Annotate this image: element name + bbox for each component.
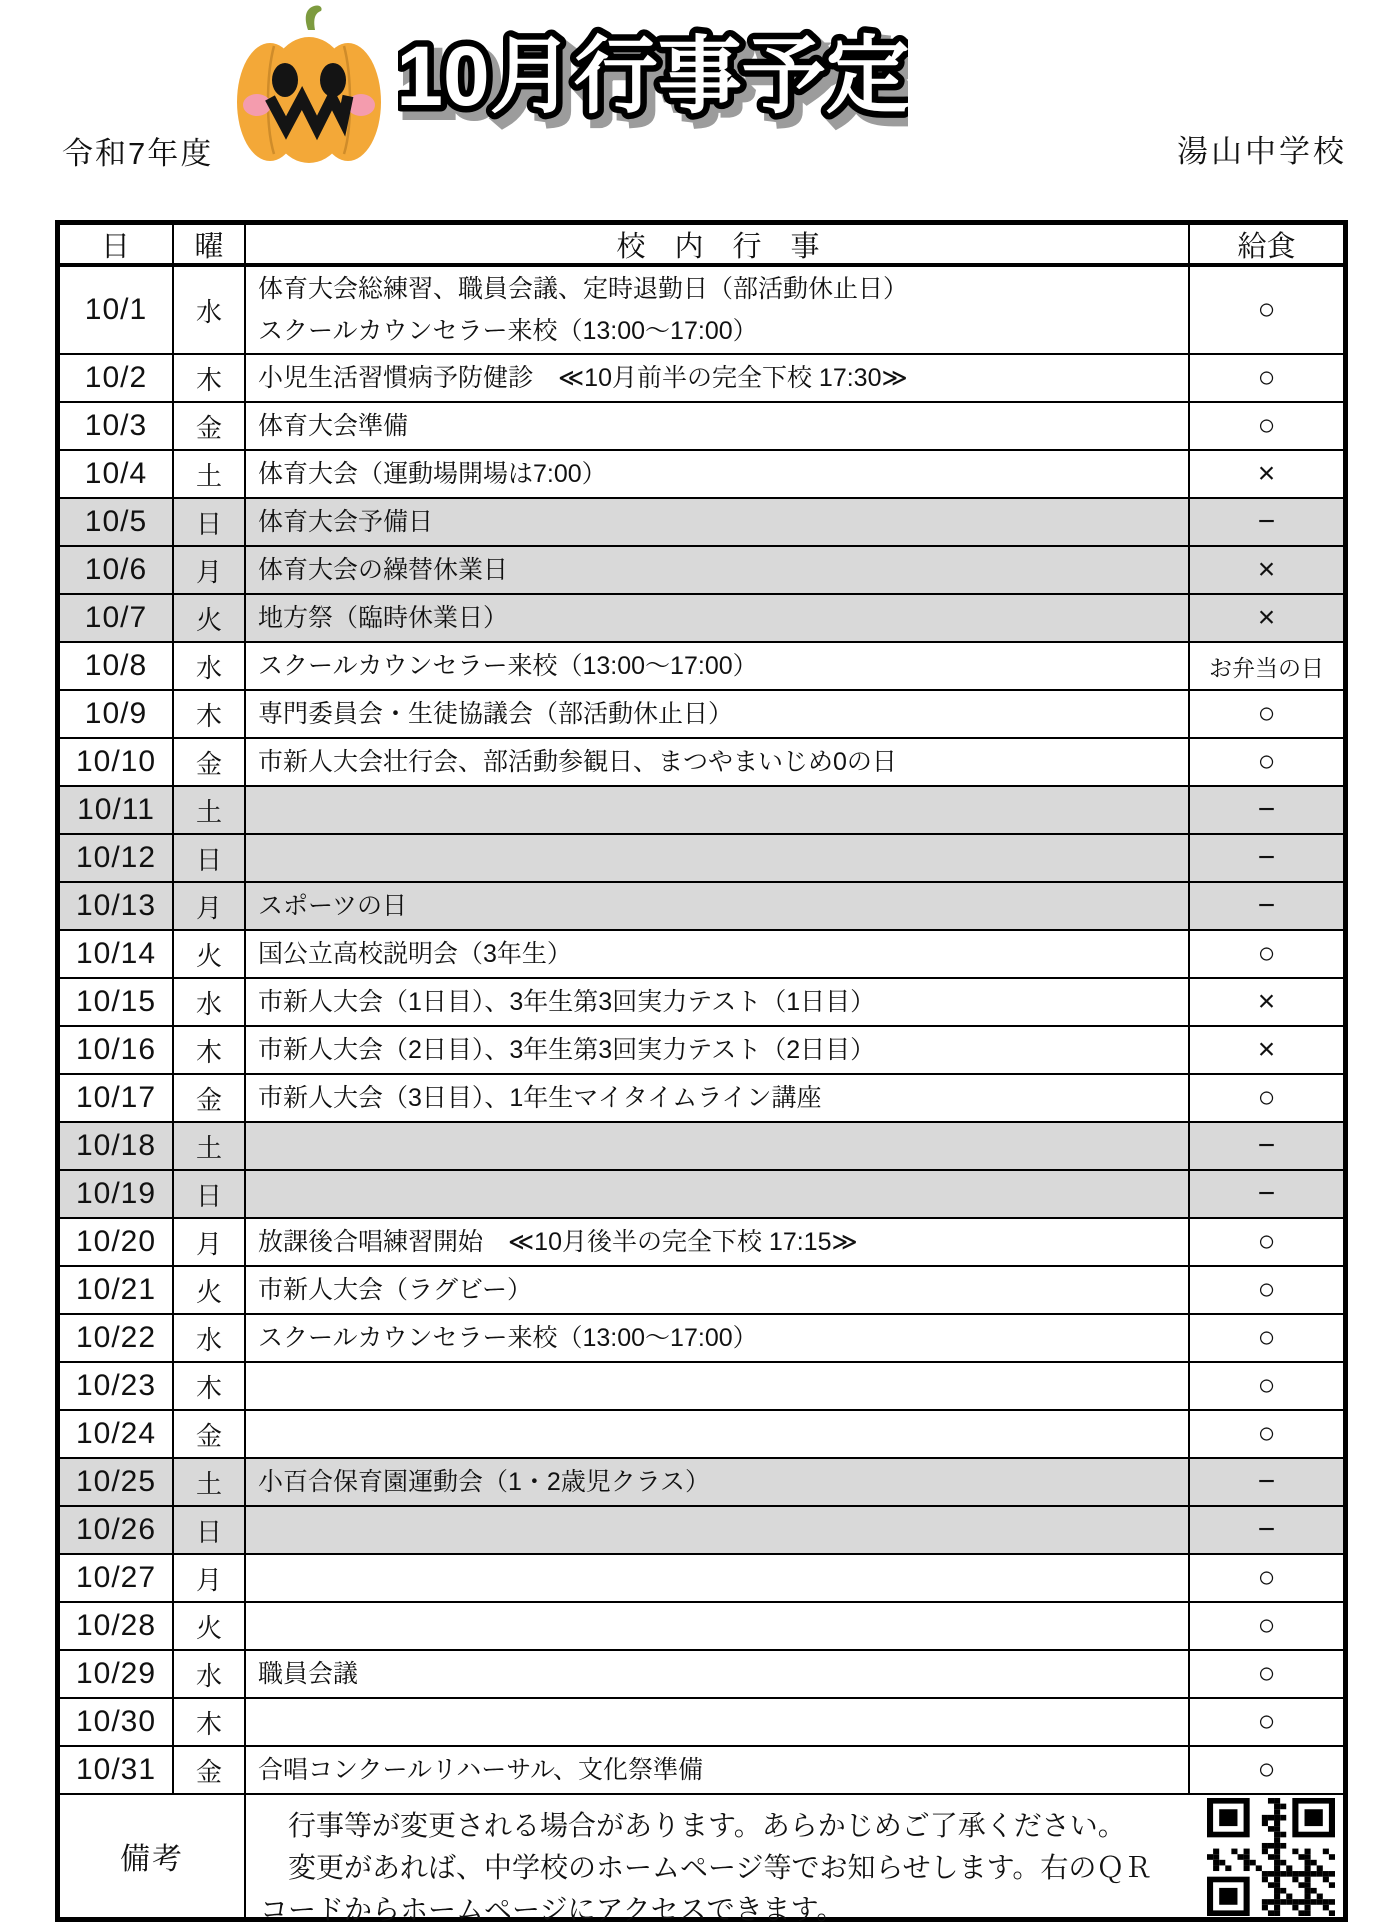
date-cell: 10/13	[60, 883, 174, 929]
events-cell	[246, 1171, 1190, 1217]
events-cell: 市新人大会（2日目）、3年生第3回実力テスト（2日目）	[246, 1027, 1190, 1073]
schedule-table: 日 曜 校 内 行 事 給食 10/1水体育大会総練習、職員会議、定時退勤日（部…	[55, 220, 1348, 1922]
table-row: 10/27月○	[60, 1555, 1343, 1603]
event-text: 職員会議	[258, 1659, 358, 1689]
lunch-cell: お弁当の日	[1190, 643, 1343, 689]
day-cell: 火	[174, 1603, 246, 1649]
date-cell: 10/15	[60, 979, 174, 1025]
date-cell: 10/24	[60, 1411, 174, 1457]
table-row: 10/2木小児生活習慣病予防健診 ≪10月前半の完全下校 17:30≫○	[60, 355, 1343, 403]
events-cell: 国公立高校説明会（3年生）	[246, 931, 1190, 977]
lunch-cell: ○	[1190, 1651, 1343, 1697]
day-cell: 月	[174, 883, 246, 929]
date-cell: 10/21	[60, 1267, 174, 1313]
events-cell: 地方祭（臨時休業日）	[246, 595, 1190, 641]
event-text: 市新人大会（3日目）、1年生マイタイムライン講座	[258, 1083, 822, 1113]
date-cell: 10/17	[60, 1075, 174, 1121]
table-row: 10/24金○	[60, 1411, 1343, 1459]
event-text: 国公立高校説明会（3年生）	[258, 939, 572, 969]
date-cell: 10/16	[60, 1027, 174, 1073]
day-cell: 金	[174, 403, 246, 449]
day-cell: 金	[174, 739, 246, 785]
events-cell	[246, 1507, 1190, 1553]
table-row: 10/3金体育大会準備○	[60, 403, 1343, 451]
events-cell: 体育大会の繰替休業日	[246, 547, 1190, 593]
table-row: 10/28火○	[60, 1603, 1343, 1651]
table-header-row: 日 曜 校 内 行 事 給食	[60, 225, 1343, 267]
date-cell: 10/7	[60, 595, 174, 641]
table-row: 10/7火地方祭（臨時休業日）×	[60, 595, 1343, 643]
events-cell: 市新人大会（1日目）、3年生第3回実力テスト（1日目）	[246, 979, 1190, 1025]
event-text: スポーツの日	[258, 891, 407, 921]
lunch-cell: ×	[1190, 979, 1343, 1025]
remarks-line: 変更があれば、中学校のホームページ等でお知らせします。右のＱＲ	[260, 1847, 1183, 1889]
lunch-cell: ○	[1190, 403, 1343, 449]
table-row: 10/29水職員会議○	[60, 1651, 1343, 1699]
page-title-text: 10月行事予定	[398, 29, 908, 123]
header-events: 校 内 行 事	[246, 225, 1190, 263]
remarks-label: 備考	[60, 1795, 246, 1917]
table-row: 10/1水体育大会総練習、職員会議、定時退勤日（部活動休止日）スクールカウンセラ…	[60, 267, 1343, 355]
table-row: 10/6月体育大会の繰替休業日×	[60, 547, 1343, 595]
lunch-cell: ○	[1190, 1315, 1343, 1361]
lunch-cell: ○	[1190, 267, 1343, 353]
table-row: 10/4土体育大会（運動場開場は7:00）×	[60, 451, 1343, 499]
events-cell: 体育大会予備日	[246, 499, 1190, 545]
table-row: 10/5日体育大会予備日−	[60, 499, 1343, 547]
date-cell: 10/27	[60, 1555, 174, 1601]
lunch-cell: −	[1190, 787, 1343, 833]
header-date: 日	[60, 225, 174, 263]
date-cell: 10/2	[60, 355, 174, 401]
day-cell: 水	[174, 979, 246, 1025]
day-cell: 木	[174, 355, 246, 401]
table-row: 10/20月放課後合唱練習開始 ≪10月後半の完全下校 17:15≫○	[60, 1219, 1343, 1267]
remarks-row: 備考 行事等が変更される場合があります。あらかじめご了承ください。 変更があれば…	[60, 1795, 1343, 1917]
date-cell: 10/14	[60, 931, 174, 977]
date-cell: 10/1	[60, 267, 174, 353]
event-text: 体育大会準備	[258, 411, 408, 441]
day-cell: 月	[174, 1219, 246, 1265]
date-cell: 10/11	[60, 787, 174, 833]
events-cell: 市新人大会（3日目）、1年生マイタイムライン講座	[246, 1075, 1190, 1121]
events-cell	[246, 1603, 1190, 1649]
day-cell: 金	[174, 1411, 246, 1457]
lunch-cell: −	[1190, 1507, 1343, 1553]
lunch-cell: ○	[1190, 1699, 1343, 1745]
table-row: 10/22水スクールカウンセラー来校（13:00～17:00）○	[60, 1315, 1343, 1363]
events-cell: 体育大会総練習、職員会議、定時退勤日（部活動休止日）スクールカウンセラー来校（1…	[246, 267, 1190, 353]
table-row: 10/10金市新人大会壮行会、部活動参観日、まつやまいじめ0の日○	[60, 739, 1343, 787]
day-cell: 土	[174, 1459, 246, 1505]
lunch-cell: ○	[1190, 1603, 1343, 1649]
date-cell: 10/31	[60, 1747, 174, 1793]
lunch-cell: ○	[1190, 1363, 1343, 1409]
date-cell: 10/26	[60, 1507, 174, 1553]
event-text: 市新人大会壮行会、部活動参観日、まつやまいじめ0の日	[258, 747, 897, 777]
table-row: 10/9木専門委員会・生徒協議会（部活動休止日）○	[60, 691, 1343, 739]
event-text: 体育大会の繰替休業日	[258, 555, 508, 585]
day-cell: 火	[174, 595, 246, 641]
table-row: 10/12日−	[60, 835, 1343, 883]
events-cell	[246, 1123, 1190, 1169]
event-text: 小児生活習慣病予防健診 ≪10月前半の完全下校 17:30≫	[258, 363, 908, 393]
date-cell: 10/3	[60, 403, 174, 449]
events-cell: スクールカウンセラー来校（13:00～17:00）	[246, 1315, 1190, 1361]
date-cell: 10/29	[60, 1651, 174, 1697]
events-cell	[246, 787, 1190, 833]
table-row: 10/15水市新人大会（1日目）、3年生第3回実力テスト（1日目）×	[60, 979, 1343, 1027]
lunch-cell: ×	[1190, 595, 1343, 641]
events-cell	[246, 835, 1190, 881]
lunch-cell: ○	[1190, 1411, 1343, 1457]
remarks-line: 行事等が変更される場合があります。あらかじめご了承ください。	[260, 1805, 1183, 1847]
lunch-cell: ×	[1190, 451, 1343, 497]
event-text: 専門委員会・生徒協議会（部活動休止日）	[258, 699, 733, 729]
event-text: 合唱コンクールリハーサル、文化祭準備	[258, 1755, 703, 1785]
lunch-cell: −	[1190, 1123, 1343, 1169]
lunch-cell: −	[1190, 883, 1343, 929]
date-cell: 10/8	[60, 643, 174, 689]
day-cell: 水	[174, 1651, 246, 1697]
lunch-cell: ○	[1190, 1555, 1343, 1601]
day-cell: 火	[174, 931, 246, 977]
events-cell: 市新人大会壮行会、部活動参観日、まつやまいじめ0の日	[246, 739, 1190, 785]
day-cell: 水	[174, 267, 246, 353]
day-cell: 土	[174, 451, 246, 497]
events-cell: 専門委員会・生徒協議会（部活動休止日）	[246, 691, 1190, 737]
date-cell: 10/4	[60, 451, 174, 497]
events-cell: スポーツの日	[246, 883, 1190, 929]
date-cell: 10/22	[60, 1315, 174, 1361]
header-day: 曜	[174, 225, 246, 263]
event-text: 体育大会予備日	[258, 507, 433, 537]
event-text: スクールカウンセラー来校（13:00～17:00）	[258, 1323, 758, 1353]
lunch-cell: −	[1190, 1171, 1343, 1217]
day-cell: 日	[174, 835, 246, 881]
table-row: 10/21火市新人大会（ラグビー）○	[60, 1267, 1343, 1315]
day-cell: 月	[174, 1555, 246, 1601]
day-cell: 水	[174, 1315, 246, 1361]
events-cell	[246, 1363, 1190, 1409]
day-cell: 水	[174, 643, 246, 689]
lunch-cell: ○	[1190, 355, 1343, 401]
day-cell: 木	[174, 1027, 246, 1073]
events-cell: 市新人大会（ラグビー）	[246, 1267, 1190, 1313]
table-row: 10/18土−	[60, 1123, 1343, 1171]
lunch-cell: ○	[1190, 739, 1343, 785]
lunch-cell: ○	[1190, 691, 1343, 737]
lunch-cell: ×	[1190, 1027, 1343, 1073]
day-cell: 日	[174, 1171, 246, 1217]
events-cell: 体育大会準備	[246, 403, 1190, 449]
date-cell: 10/5	[60, 499, 174, 545]
day-cell: 日	[174, 1507, 246, 1553]
date-cell: 10/9	[60, 691, 174, 737]
date-cell: 10/25	[60, 1459, 174, 1505]
day-cell: 木	[174, 691, 246, 737]
lunch-cell: ○	[1190, 1267, 1343, 1313]
date-cell: 10/20	[60, 1219, 174, 1265]
lunch-cell: ○	[1190, 1219, 1343, 1265]
day-cell: 金	[174, 1747, 246, 1793]
table-row: 10/23木○	[60, 1363, 1343, 1411]
table-row: 10/13月スポーツの日−	[60, 883, 1343, 931]
lunch-cell: −	[1190, 499, 1343, 545]
qr-code	[1207, 1798, 1335, 1928]
day-cell: 木	[174, 1363, 246, 1409]
table-row: 10/19日−	[60, 1171, 1343, 1219]
date-cell: 10/10	[60, 739, 174, 785]
table-row: 10/25土小百合保育園運動会（1・2歳児クラス）−	[60, 1459, 1343, 1507]
events-cell: スクールカウンセラー来校（13:00～17:00）	[246, 643, 1190, 689]
events-cell	[246, 1699, 1190, 1745]
event-text: スクールカウンセラー来校（13:00～17:00）	[258, 316, 758, 346]
event-text: 市新人大会（2日目）、3年生第3回実力テスト（2日目）	[258, 1035, 875, 1065]
header-lunch: 給食	[1190, 225, 1343, 263]
events-cell: 小百合保育園運動会（1・2歳児クラス）	[246, 1459, 1190, 1505]
fiscal-year-label: 令和7年度	[62, 128, 213, 173]
lunch-cell: ○	[1190, 1747, 1343, 1793]
table-row: 10/11土−	[60, 787, 1343, 835]
lunch-cell: −	[1190, 835, 1343, 881]
date-cell: 10/6	[60, 547, 174, 593]
day-cell: 金	[174, 1075, 246, 1121]
table-row: 10/31金合唱コンクールリハーサル、文化祭準備○	[60, 1747, 1343, 1795]
day-cell: 土	[174, 1123, 246, 1169]
pumpkin-icon	[220, 4, 398, 173]
lunch-cell: ○	[1190, 931, 1343, 977]
events-cell: 放課後合唱練習開始 ≪10月後半の完全下校 17:15≫	[246, 1219, 1190, 1265]
school-name-label: 湯山中学校	[1177, 126, 1347, 171]
date-cell: 10/30	[60, 1699, 174, 1745]
remarks-line: コードからホームページにアクセスできます。	[260, 1889, 1183, 1929]
event-text: スクールカウンセラー来校（13:00～17:00）	[258, 651, 758, 681]
day-cell: 土	[174, 787, 246, 833]
day-cell: 木	[174, 1699, 246, 1745]
table-row: 10/8水スクールカウンセラー来校（13:00～17:00）お弁当の日	[60, 643, 1343, 691]
lunch-cell: ○	[1190, 1075, 1343, 1121]
events-cell	[246, 1411, 1190, 1457]
event-text: 体育大会（運動場開場は7:00）	[258, 459, 607, 489]
events-cell: 合唱コンクールリハーサル、文化祭準備	[246, 1747, 1190, 1793]
date-cell: 10/18	[60, 1123, 174, 1169]
date-cell: 10/19	[60, 1171, 174, 1217]
events-cell: 体育大会（運動場開場は7:00）	[246, 451, 1190, 497]
page-title: 10月行事予定 10月行事予定	[398, 14, 908, 159]
lunch-cell: −	[1190, 1459, 1343, 1505]
remarks-text: 行事等が変更される場合があります。あらかじめご了承ください。 変更があれば、中学…	[246, 1795, 1343, 1917]
table-row: 10/26日−	[60, 1507, 1343, 1555]
table-row: 10/14火国公立高校説明会（3年生）○	[60, 931, 1343, 979]
event-text: 体育大会総練習、職員会議、定時退勤日（部活動休止日）	[258, 274, 908, 304]
event-text: 市新人大会（ラグビー）	[258, 1275, 532, 1305]
event-text: 小百合保育園運動会（1・2歳児クラス）	[258, 1467, 710, 1497]
date-cell: 10/28	[60, 1603, 174, 1649]
lunch-cell: ×	[1190, 547, 1343, 593]
events-cell: 小児生活習慣病予防健診 ≪10月前半の完全下校 17:30≫	[246, 355, 1190, 401]
day-cell: 火	[174, 1267, 246, 1313]
day-cell: 日	[174, 499, 246, 545]
date-cell: 10/12	[60, 835, 174, 881]
event-text: 市新人大会（1日目）、3年生第3回実力テスト（1日目）	[258, 987, 875, 1017]
schedule-body: 10/1水体育大会総練習、職員会議、定時退勤日（部活動休止日）スクールカウンセラ…	[60, 267, 1343, 1795]
table-row: 10/30木○	[60, 1699, 1343, 1747]
day-cell: 月	[174, 547, 246, 593]
date-cell: 10/23	[60, 1363, 174, 1409]
event-text: 放課後合唱練習開始 ≪10月後半の完全下校 17:15≫	[258, 1227, 858, 1257]
events-cell: 職員会議	[246, 1651, 1190, 1697]
table-row: 10/17金市新人大会（3日目）、1年生マイタイムライン講座○	[60, 1075, 1343, 1123]
table-row: 10/16木市新人大会（2日目）、3年生第3回実力テスト（2日目）×	[60, 1027, 1343, 1075]
event-text: 地方祭（臨時休業日）	[258, 603, 508, 633]
events-cell	[246, 1555, 1190, 1601]
